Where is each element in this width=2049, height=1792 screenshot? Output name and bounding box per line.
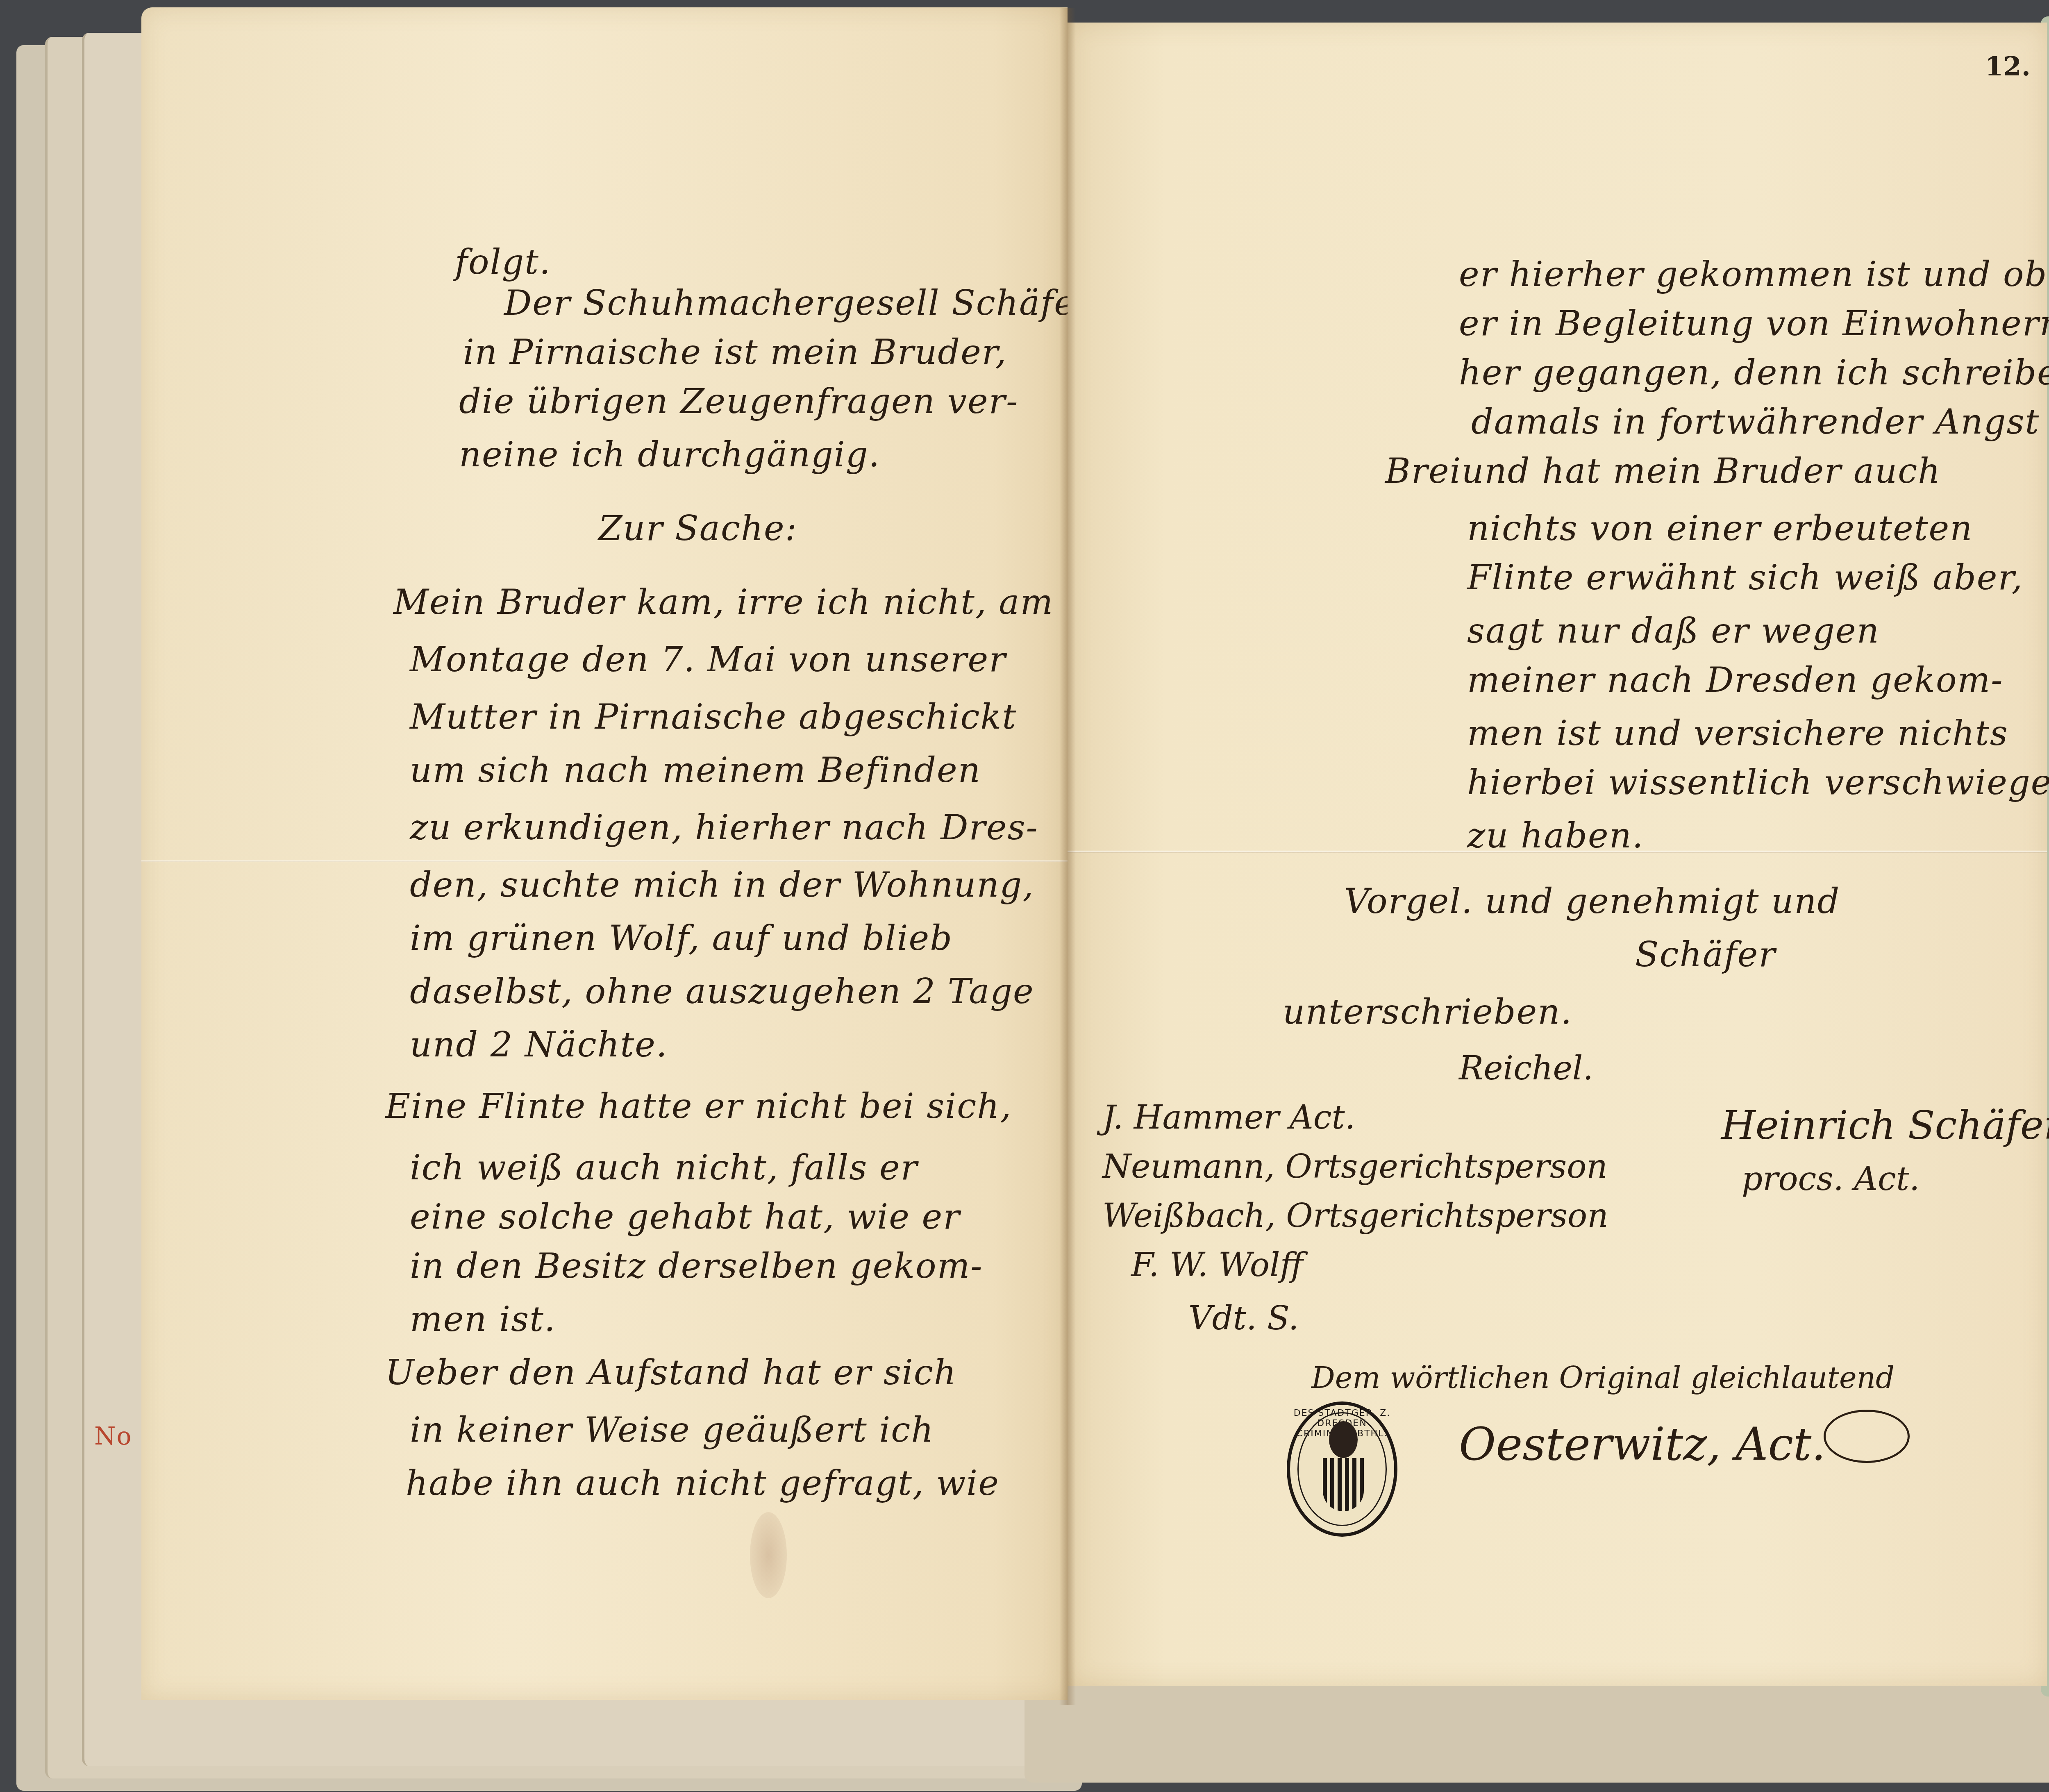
section-heading: Zur Sache: — [598, 508, 797, 548]
text-line: damals in fortwährender Angst — [1471, 402, 2040, 442]
signature: J. Hammer Act. — [1102, 1098, 1355, 1136]
court-seal-stamp: DES STADTGER. Z. DRESDEN CRIMINAL-ABTHL. — [1287, 1401, 1397, 1537]
closing-line: unterschrieben. — [1283, 992, 1572, 1032]
text-line: habe ihn auch nicht gefragt, wie — [406, 1463, 1000, 1503]
signature: Heinrich Schäfer — [1721, 1102, 2049, 1148]
text-line: ich weiß auch nicht, falls er — [410, 1147, 918, 1188]
text-line: daselbst, ohne auszugehen 2 Tage — [410, 971, 1034, 1011]
text-line: Mein Bruder kam, irre ich nicht, am — [393, 582, 1054, 622]
text-line: men ist und versichere nichts — [1467, 713, 2008, 753]
closing-name: Schäfer — [1635, 934, 1776, 974]
eagle-crest-icon — [1329, 1421, 1358, 1458]
text-line: Montage den 7. Mai von unserer — [410, 639, 1006, 679]
page-number: 12. — [1985, 51, 2031, 82]
text-line: her gegangen, denn ich schreibe — [1459, 352, 2049, 393]
text-line: um sich nach meinem Befinden — [410, 750, 981, 790]
text-line: er hierher gekommen ist und ob — [1459, 254, 2047, 294]
closing-line: Vorgel. und genehmigt und — [1344, 881, 1840, 921]
text-line: eine solche gehabt hat, wie er — [410, 1197, 960, 1237]
text-line: men ist. — [410, 1299, 556, 1339]
signature: Neumann, Ortsgerichtsperson — [1102, 1147, 1608, 1186]
text-line: in keiner Weise geäußert ich — [410, 1410, 934, 1450]
red-margin-mark: No — [94, 1422, 132, 1451]
signature: Vdt. S. — [1188, 1299, 1299, 1337]
text-line: sagt nur daß er wegen — [1467, 611, 1880, 651]
text-line: den, suchte mich in der Wohnung, — [410, 865, 1034, 905]
text-line: Mutter in Pirnaische abgeschickt — [410, 697, 1017, 737]
text-line: Der Schuhmachergesell Schäfer — [504, 283, 1093, 323]
text-line: Flinte erwähnt sich weiß aber, — [1467, 557, 2023, 597]
certifier-signature: Oesterwitz, Act. — [1459, 1418, 1826, 1470]
text-line: zu haben. — [1467, 815, 1644, 856]
text-line: zu erkundigen, hierher nach Dres- — [410, 807, 1038, 847]
text-line: neine ich durchgängig. — [459, 434, 880, 475]
text-line: hierbei wissentlich verschwiegen — [1467, 762, 2049, 802]
signature: Reichel. — [1459, 1049, 1593, 1087]
signature: Weißbach, Ortsgerichtsperson — [1102, 1197, 1608, 1235]
signature-flourish — [1824, 1410, 1910, 1463]
text-line: in den Besitz derselben gekom- — [410, 1246, 983, 1286]
text-line: Breiund hat mein Bruder auch — [1385, 451, 1941, 491]
text-line: die übrigen Zeugenfragen ver- — [459, 381, 1018, 421]
book-gutter — [1059, 8, 1076, 1705]
certification-text: Dem wörtlichen Original gleichlautend — [1311, 1360, 1895, 1395]
text-line: Ueber den Aufstand hat er sich — [385, 1352, 957, 1392]
text-line: in Pirnaische ist mein Bruder, — [463, 332, 1007, 372]
text-line: und 2 Nächte. — [410, 1024, 668, 1065]
text-line: er in Begleitung von Einwohnern — [1459, 303, 2049, 343]
text-line: nichts von einer erbeuteten — [1467, 508, 1973, 548]
text-line: meiner nach Dresden gekom- — [1467, 660, 2004, 700]
signature: procs. Act. — [1742, 1160, 1920, 1198]
text-line: Eine Flinte hatte er nicht bei sich, — [385, 1086, 1012, 1126]
coat-of-arms-shield-icon — [1323, 1458, 1364, 1511]
paper-fold — [141, 860, 1068, 862]
text-line: folgt. — [455, 242, 551, 282]
faded-stamp-imprint — [750, 1512, 787, 1598]
signature: F. W. Wolff — [1131, 1246, 1303, 1284]
text-line: im grünen Wolf, auf und blieb — [410, 918, 953, 958]
